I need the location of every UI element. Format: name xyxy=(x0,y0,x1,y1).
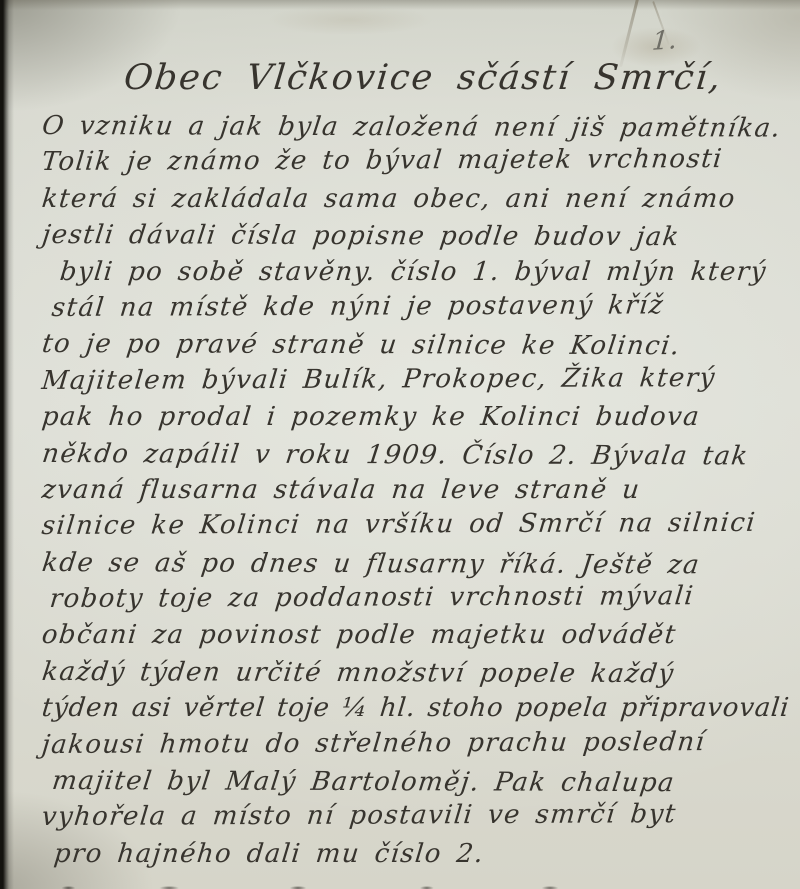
page-number: 1. xyxy=(651,25,678,57)
handwritten-line: stál na místě kde nýni je postavený kříž xyxy=(50,287,798,327)
handwritten-line: roboty toje za poddanosti vrchnosti mýva… xyxy=(48,578,798,618)
scan-left-edge xyxy=(0,0,14,889)
handwritten-line: jestli dávali čísla popisne podle budov … xyxy=(40,217,798,256)
handwritten-line: každý týden určité množství popele každý xyxy=(40,654,798,693)
scanned-manuscript-page: 1. Obec Vlčkovice sčástí Smrčí, O vzniku… xyxy=(0,0,800,889)
handwritten-line: která si zakládala sama obec, ani není z… xyxy=(40,181,798,217)
handwritten-line: byli po sobě stavěny. číslo 1. býval mlý… xyxy=(58,254,798,290)
handwritten-line: občani za povinost podle majetku odvádět xyxy=(40,617,798,653)
body-lines: O vzniku a jak byla založená není jiš pa… xyxy=(40,108,794,872)
handwritten-line: někdo zapálil v roku 1909. Číslo 2. Býva… xyxy=(40,436,798,475)
handwritten-line: pak ho prodal i pozemky ke Kolinci budov… xyxy=(40,399,798,435)
handwritten-line: Majitelem bývali Bulík, Prokopec, Žika k… xyxy=(40,359,798,399)
document-title: Obec Vlčkovice sčástí Smrčí, xyxy=(122,58,724,98)
handwritten-line: Tolik je známo že to býval majetek vrchn… xyxy=(40,141,798,181)
handwritten-line: pro hajného dali mu číslo 2. xyxy=(52,836,798,872)
paper-stain xyxy=(240,0,460,40)
handwritten-line: silnice ke Kolinci na vršíku od Smrčí na… xyxy=(40,505,798,545)
handwritten-line: týden asi věrtel toje ¼ hl. stoho popela… xyxy=(40,690,798,726)
handwritten-line: zvaná flusarna stávala na leve straně u xyxy=(40,472,798,508)
handwritten-line: jakousi hmotu do střelného prachu posled… xyxy=(40,723,798,763)
partial-line-strokes xyxy=(46,885,606,889)
handwritten-line: vyhořela a místo ní postavili ve smrčí b… xyxy=(40,796,798,836)
